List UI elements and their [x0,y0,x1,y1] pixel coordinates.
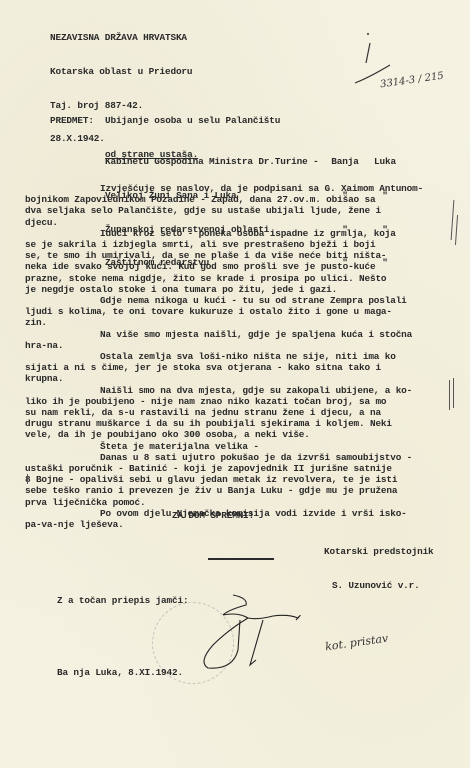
margin-mark [455,215,458,245]
body-line: drugu stranu muškarce i da su ih poubija… [25,418,450,429]
recipient-row: Kabinetu Gospodina Ministra Dr.Turine - … [105,156,405,167]
body-line: Šteta je materijalna velika - [25,441,450,452]
body-line: su nam rekli, da s-u rastavili na jednu … [25,407,450,418]
margin-mark [449,380,450,410]
state-name: NEZAVISNA DRŽAVA HRVATSKA [50,32,192,43]
signature-icon [178,590,318,675]
place-date: Ba nja Luka, 8.XI.1942. [57,667,183,678]
margin-mark [27,474,28,484]
body-line: 8 Bojne - opalivši sebi u glavu jedan me… [25,474,450,485]
body-line: vele, da ih je poubijano oko 300 osoba, … [25,429,450,440]
body-line: Danas u 8 sati ujutro pokušao je da izvr… [25,452,450,463]
closing-salute: ZA DOM SPREMNI! [172,510,254,521]
body-line: se je sakrila i izbjegla smrti, ali sve … [25,239,450,250]
body-line: Ostala zemlja sva loši-niko ništa ne sij… [25,351,450,362]
copy-certification: Z a točan priepis jamči: [57,595,188,606]
body-line: Izvješćuje se naslov, da je podpisani sa… [25,183,450,194]
body-line: sebe teško ranio i prevezen je živ u Ban… [25,485,450,496]
body-line: prazne, stoke nema nigdje, žito se krade… [25,273,450,284]
subject-line-1: Ubijanje osoba u selu Palančištu [105,115,280,126]
body-line: sijati a ni s čime, jer je stoka sva otj… [25,362,450,373]
body-line: Idući kroz selo - poneka osoba ispadne i… [25,228,450,239]
body-line: djecu. [25,217,450,228]
body-line: Naišli smo na dva mjesta, gdje su zakopa… [25,385,450,396]
body-line: prva liječnička pomoć. [25,497,450,508]
handwritten-title: kot. pristav [324,632,389,654]
body-line: je negdje ostalo stoke i ona tumara po ž… [25,284,450,295]
margin-mark [453,378,454,408]
body-line: Gdje nema nikoga u kući - tu su od stran… [25,295,450,306]
document-body: Izvješćuje se naslov, da je podpisani sa… [25,183,450,530]
body-line: krupna. [25,373,450,384]
body-line: se, te smo ih umirivali, da se ne plaše … [25,250,450,261]
body-line: zin. [25,317,450,328]
document-page: NEZAVISNA DRŽAVA HRVATSKA Kotarska oblas… [0,0,470,768]
body-line: hra-na. [25,340,450,351]
divider [208,558,274,560]
subject-label: PREDMET: [50,115,105,126]
body-line: neka ide svako svojoj kući. Kud god smo … [25,261,450,272]
margin-mark [451,200,455,240]
body-line: liko ih je poubijeno - nije nam znao nik… [25,396,450,407]
signer-name: S. Uzunović v.r. [324,580,434,591]
office-name: Kotarska oblast u Priedoru [50,66,192,77]
body-line: bojnikom Zapoviednikom Pozadine - Zapad,… [25,194,450,205]
signer-title: Kotarski predstojnik [324,546,434,557]
body-line: ustaški poručnik - Batinić - koji je zap… [25,463,450,474]
body-line: dva seljaka selo Palančište, gdje su ust… [25,205,450,216]
body-line: Na više smo mjesta naišli, gdje je spalj… [25,329,450,340]
signature-block: Kotarski predstojnik S. Uzunović v.r. [324,524,434,614]
handwritten-mark-icon [345,25,405,85]
body-line: ljudi s kolima, te oni tovare kukuruze i… [25,306,450,317]
